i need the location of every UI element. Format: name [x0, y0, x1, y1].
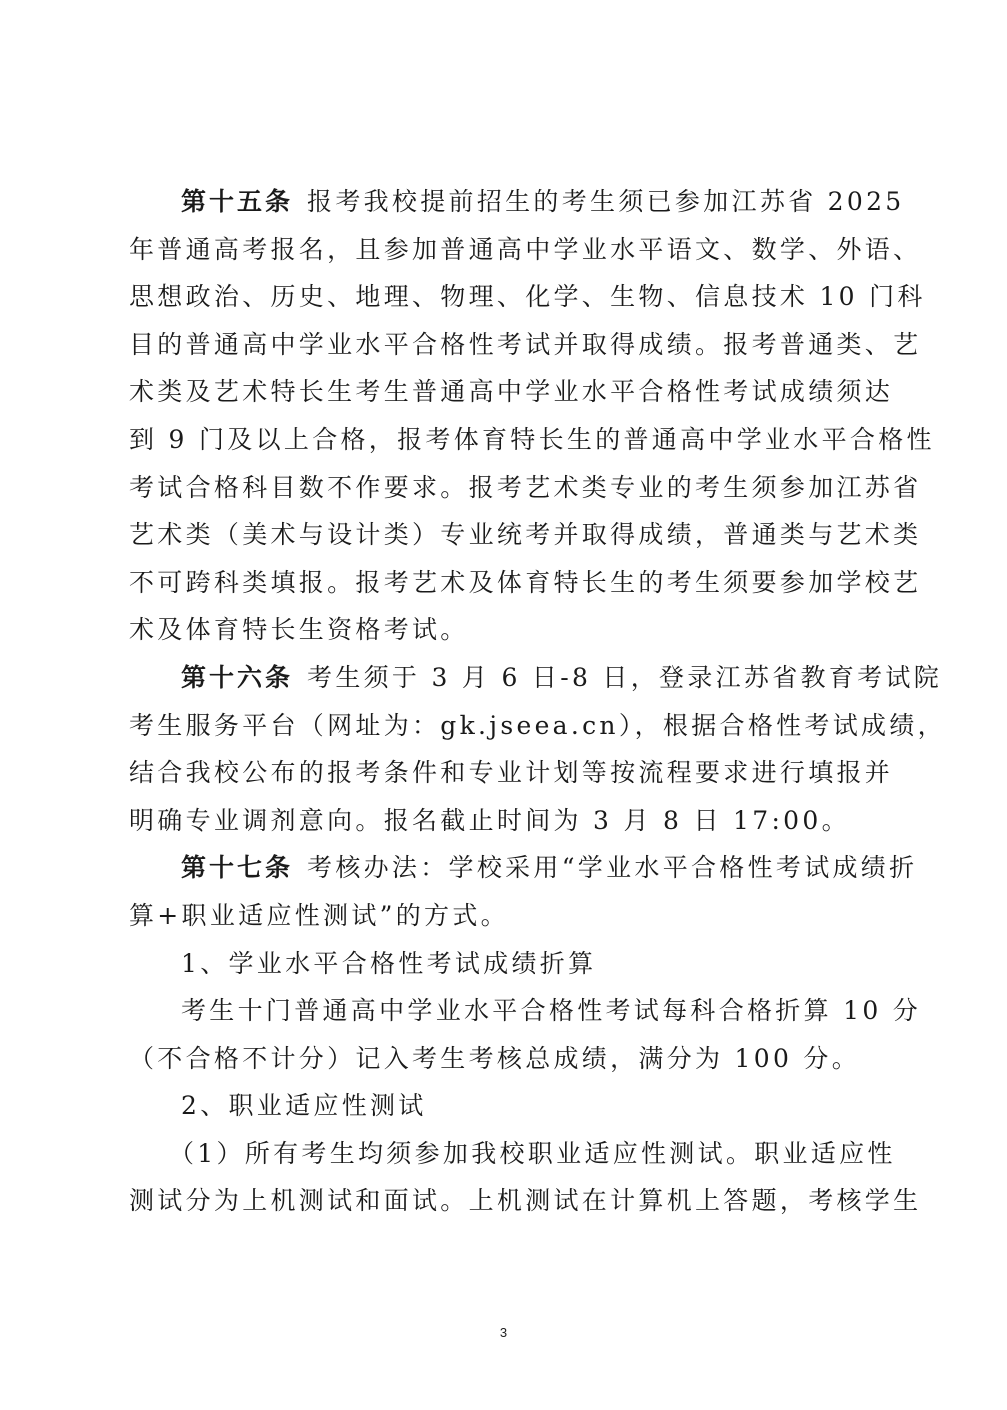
paragraph-line: 考核办法：学校采用“学业水平合格性考试成绩折 [307, 853, 917, 882]
article-heading: 第十五条 [181, 187, 293, 216]
paragraph-line: 考生十门普通高中学业水平合格性考试每科合格折算 10 分 [129, 987, 881, 1035]
paragraph-line: 考试合格科目数不作要求。报考艺术类专业的考生须参加江苏省 [129, 464, 881, 512]
page-number: 3 [0, 1325, 1007, 1340]
paragraph-line: （1）所有考生均须参加我校职业适应性测试。职业适应性 [129, 1130, 881, 1178]
article-heading: 第十六条 [181, 663, 293, 692]
paragraph-line: 考生须于 3 月 6 日-8 日，登录江苏省教育考试院 [307, 663, 942, 692]
article-15: 第十五条报考我校提前招生的考生须已参加江苏省 2025 年普通高考报名，且参加普… [129, 178, 881, 654]
section-title: 1、学业水平合格性考试成绩折算 [129, 940, 881, 988]
article-heading: 第十七条 [181, 853, 293, 882]
paragraph-line: 考生服务平台（网址为：gk.jseea.cn），根据合格性考试成绩， [129, 702, 881, 750]
document-page: 第十五条报考我校提前招生的考生须已参加江苏省 2025 年普通高考报名，且参加普… [129, 178, 881, 1225]
paragraph-line: 年普通高考报名，且参加普通高中学业水平语文、数学、外语、 [129, 226, 881, 274]
paragraph-line: 术类及艺术特长生考生普通高中学业水平合格性考试成绩须达 [129, 368, 881, 416]
paragraph-line: 术及体育特长生资格考试。 [129, 606, 881, 654]
paragraph-line: 目的普通高中学业水平合格性考试并取得成绩。报考普通类、艺 [129, 321, 881, 369]
article-16: 第十六条考生须于 3 月 6 日-8 日，登录江苏省教育考试院 考生服务平台（网… [129, 654, 881, 844]
paragraph-line: 报考我校提前招生的考生须已参加江苏省 2025 [307, 187, 904, 216]
paragraph-line: （不合格不计分）记入考生考核总成绩，满分为 100 分。 [129, 1035, 881, 1083]
paragraph-line: 思想政治、历史、地理、物理、化学、生物、信息技术 10 门科 [129, 273, 881, 321]
paragraph-line: 到 9 门及以上合格，报考体育特长生的普通高中学业水平合格性 [129, 416, 881, 464]
section-title: 2、职业适应性测试 [129, 1082, 881, 1130]
article-17: 第十七条考核办法：学校采用“学业水平合格性考试成绩折 算+职业适应性测试”的方式… [129, 844, 881, 1225]
paragraph-line: 艺术类（美术与设计类）专业统考并取得成绩，普通类与艺术类 [129, 511, 881, 559]
paragraph-line: 不可跨科类填报。报考艺术及体育特长生的考生须要参加学校艺 [129, 559, 881, 607]
paragraph-line: 明确专业调剂意向。报名截止时间为 3 月 8 日 17:00。 [129, 797, 881, 845]
paragraph-line: 算+职业适应性测试”的方式。 [129, 892, 881, 940]
paragraph-line: 结合我校公布的报考条件和专业计划等按流程要求进行填报并 [129, 749, 881, 797]
paragraph-line: 测试分为上机测试和面试。上机测试在计算机上答题，考核学生 [129, 1177, 881, 1225]
